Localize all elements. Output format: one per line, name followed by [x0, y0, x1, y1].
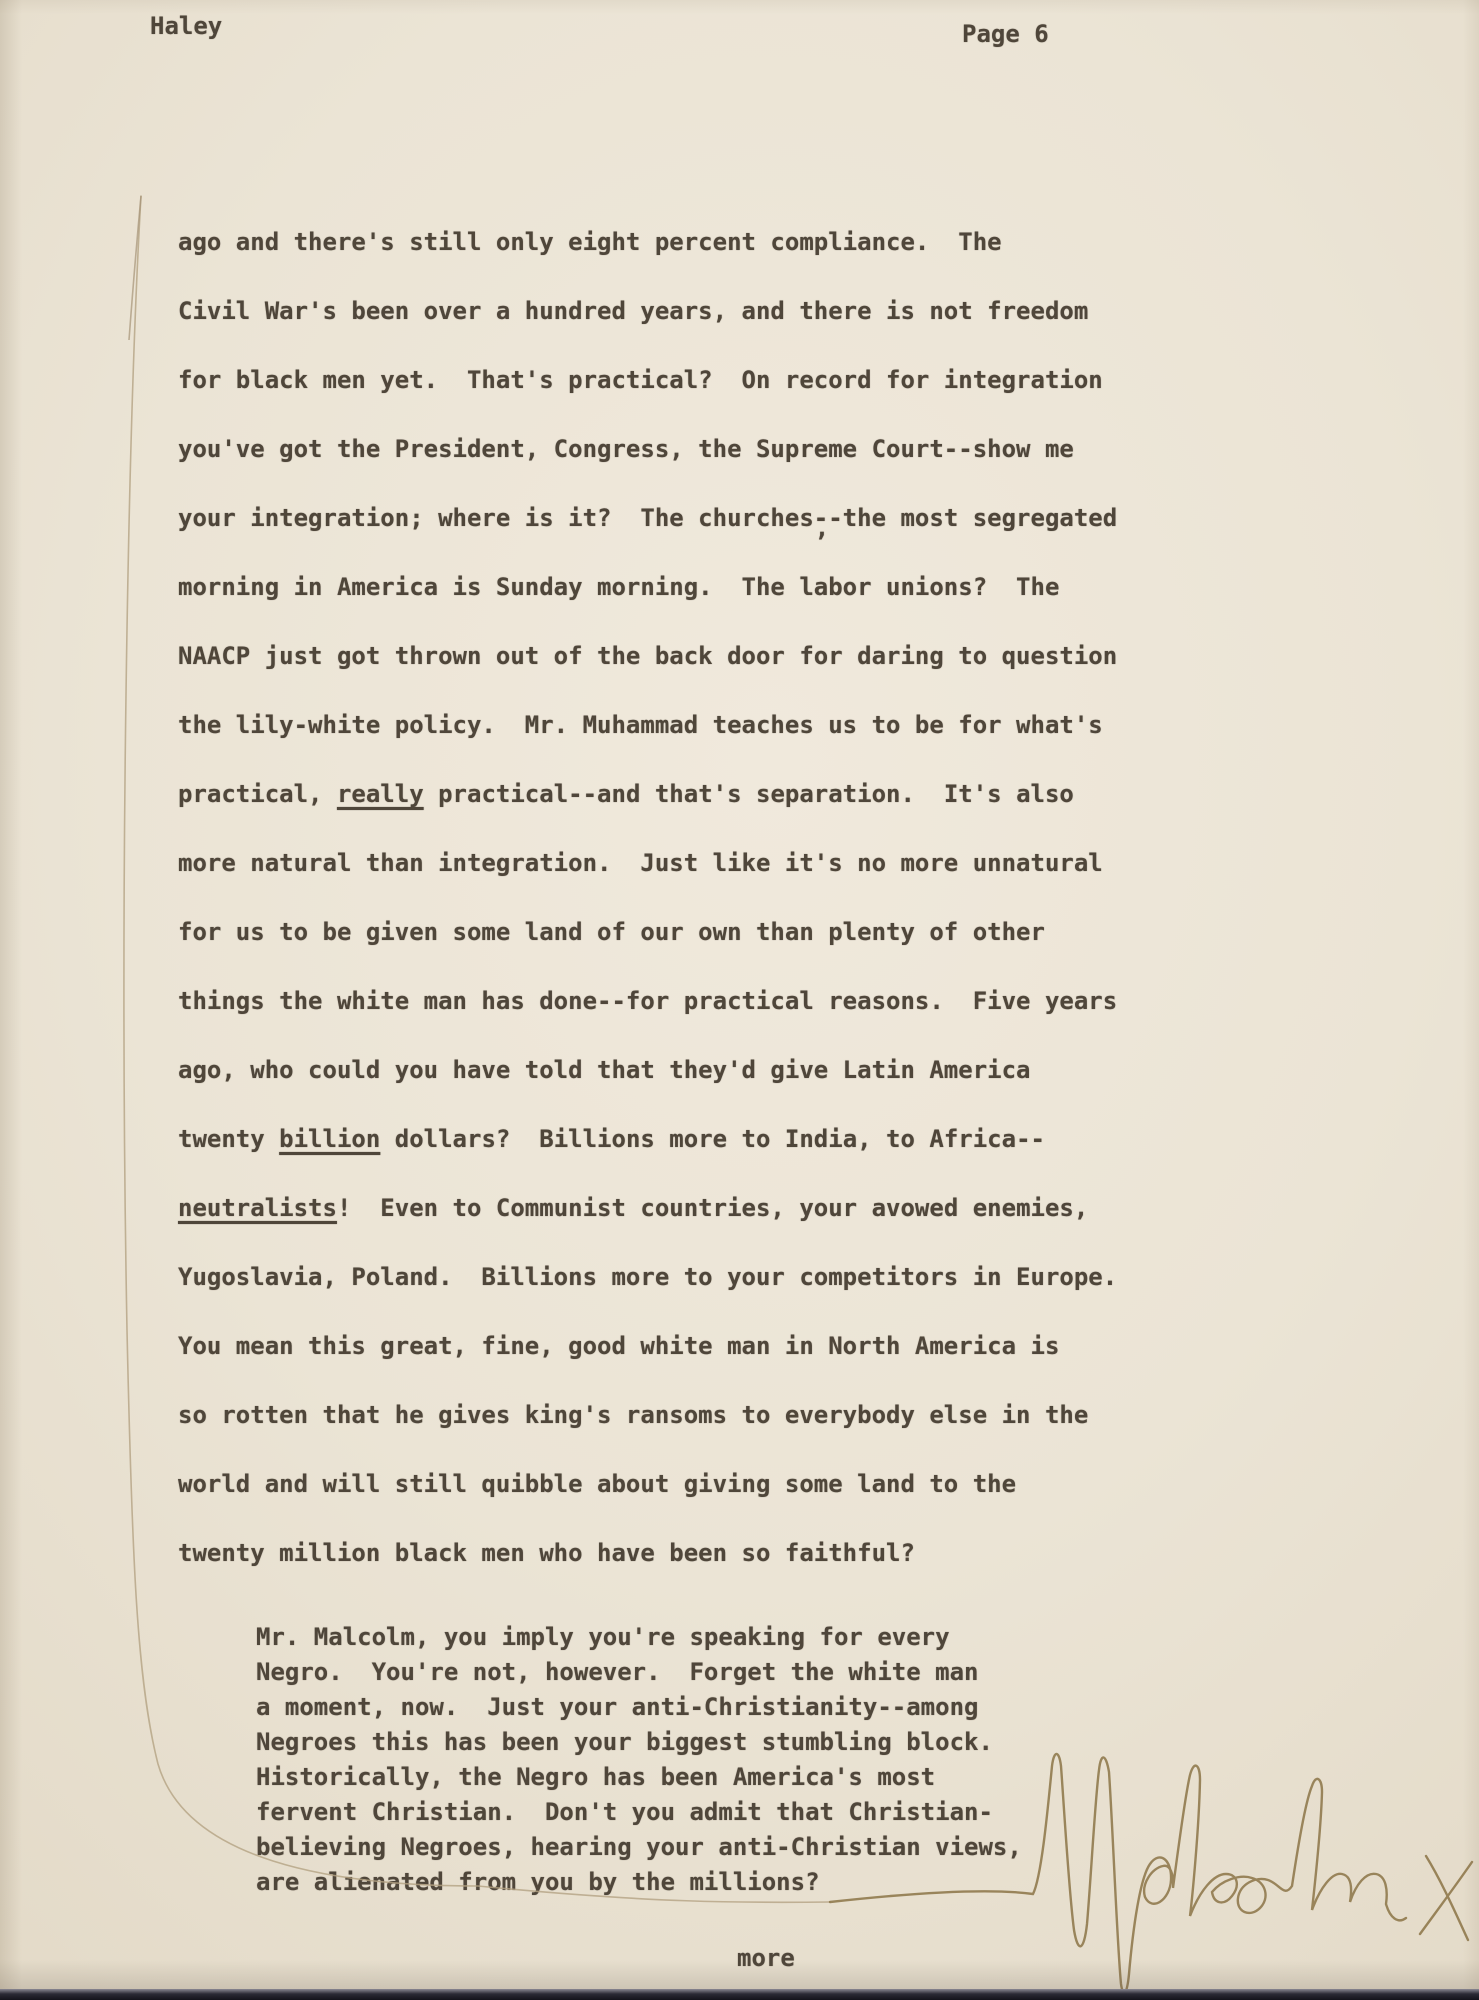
quote-line: are alienated from you by the millions? — [256, 1865, 1022, 1900]
body-line: neutralists! Even to Communist countries… — [178, 1174, 1117, 1243]
body-line: for black men yet. That's practical? On … — [178, 346, 1117, 415]
header-author: Haley — [150, 12, 222, 40]
quote-line: Historically, the Negro has been America… — [256, 1760, 1022, 1795]
quote-line: believing Negroes, hearing your anti-Chr… — [256, 1830, 1022, 1865]
interviewer-question-block: Mr. Malcolm, you imply you're speaking f… — [256, 1620, 1022, 1900]
photo-bottom-edge — [0, 1989, 1479, 2000]
body-line: NAACP just got thrown out of the back do… — [178, 622, 1117, 691]
body-line: for us to be given some land of our own … — [178, 898, 1117, 967]
body-line: morning in America is Sunday morning. Th… — [178, 553, 1117, 622]
body-line: You mean this great, fine, good white ma… — [178, 1312, 1117, 1381]
body-line: Civil War's been over a hundred years, a… — [178, 277, 1117, 346]
body-line: ago and there's still only eight percent… — [178, 208, 1117, 277]
typewritten-manuscript-page: Haley Page 6 ago and there's still only … — [0, 0, 1479, 2000]
body-line: ago, who could you have told that they'd… — [178, 1036, 1117, 1105]
body-line: twenty million black men who have been s… — [178, 1519, 1117, 1588]
quote-line: Negro. You're not, however. Forget the w… — [256, 1655, 1022, 1690]
body-line: world and will still quibble about givin… — [178, 1450, 1117, 1519]
quote-line: Mr. Malcolm, you imply you're speaking f… — [256, 1620, 1022, 1655]
continuation-marker: more — [737, 1938, 795, 1978]
body-line: Yugoslavia, Poland. Billions more to you… — [178, 1243, 1117, 1312]
header-page-number: Page 6 — [962, 20, 1049, 48]
body-line: you've got the President, Congress, the … — [178, 415, 1117, 484]
body-line: practical, really practical--and that's … — [178, 760, 1117, 829]
quote-line: a moment, now. Just your anti-Christiani… — [256, 1690, 1022, 1725]
body-line: so rotten that he gives king's ransoms t… — [178, 1381, 1117, 1450]
body-line: more natural than integration. Just like… — [178, 829, 1117, 898]
quote-line: Negroes this has been your biggest stumb… — [256, 1725, 1022, 1760]
body-line: the lily-white policy. Mr. Muhammad teac… — [178, 691, 1117, 760]
quote-line: fervent Christian. Don't you admit that … — [256, 1795, 1022, 1830]
body-line: your integration; where is it? The churc… — [178, 484, 1117, 553]
body-line: twenty billion dollars? Billions more to… — [178, 1105, 1117, 1174]
body-line: things the white man has done--for pract… — [178, 967, 1117, 1036]
body-text: ago and there's still only eight percent… — [178, 208, 1117, 1588]
